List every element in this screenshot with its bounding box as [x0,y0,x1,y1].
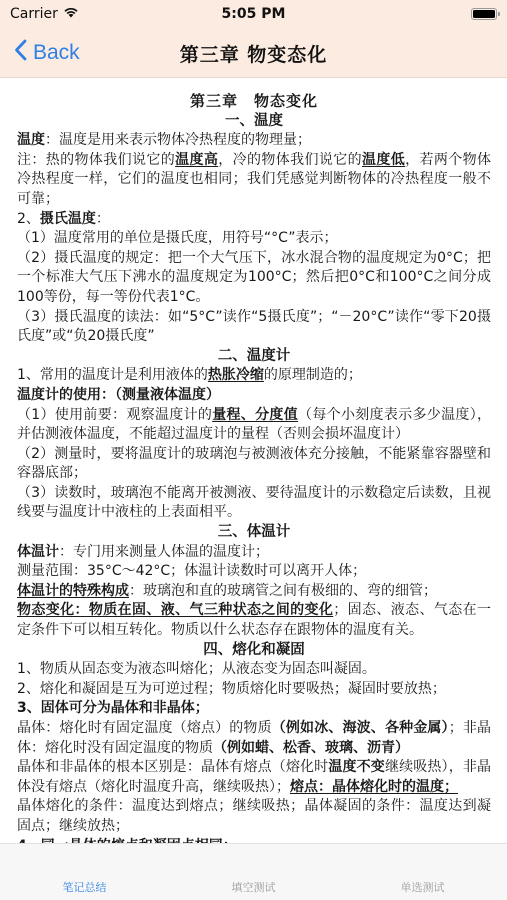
text: 注：热的物体我们说它的 [17,152,175,168]
paragraph: （3）摄氏温度的读法：如“5°C”读作“5摄氏度”；“－20°C”读作“零下20… [17,308,491,347]
key-term: 熔点：晶体熔化时的温度； [290,779,458,795]
text: （1）使用前要：观察温度计的 [17,407,212,423]
paragraph: 1、常用的温度计是利用液体的热胀冷缩的原理制造的； [17,366,491,386]
term: 温度计的使用 [17,387,101,403]
paragraph: 3、固体可分为晶体和非晶体； [17,699,491,719]
status-left: Carrier [10,6,130,22]
paragraph: （3）读数时，玻璃泡不能离开被测液、要待温度计的示数稳定后读数，且视线要与温度计… [17,484,491,523]
example: （例如蜡、松香、玻璃、沥青） [213,740,409,756]
notes-content[interactable]: 第三章 物态变化 一、温度 温度：温度是用来表示物体冷热程度的物理量； 注：热的… [0,79,507,843]
tab-label: 笔记总结 [63,879,107,895]
tab-label: 单选测试 [401,879,445,895]
text: ，冷的物体我们说它的 [218,152,362,168]
paragraph: 体温计：专门用来测量人体温的温度计； [17,543,491,563]
section-heading: 四、熔化和凝固 [17,641,491,661]
key-term: 量程、分度值 [212,407,298,423]
status-right [377,8,497,20]
status-time: 5:05 PM [222,6,286,22]
key-term: 温度不变 [328,759,385,775]
paragraph: 2、熔化和凝固是互为可逆过程；物质熔化时要吸热；凝固时要放热； [17,680,491,700]
navigation-bar: Back 第三章 物变态化 [0,28,507,78]
paragraph: （1）使用前要：观察温度计的量程、分度值（每个小刻度表示多少温度），并估测液体温… [17,406,491,445]
key-term: 温度高 [175,152,218,168]
term: 温度 [17,132,45,148]
paragraph: 2、摄氏温度： [17,210,491,230]
wifi-icon [63,6,79,22]
battery-full-icon [471,8,497,20]
key-term: 温度低 [362,152,405,168]
document-title: 第三章 物态变化 [17,92,491,112]
text: 的原理制造的； [264,367,362,383]
status-bar: Carrier 5:05 PM [0,0,507,28]
paragraph: （2）摄氏温度的规定：把一个大气压下，冰水混合物的温度规定为0°C；把一个标准大… [17,249,491,308]
paragraph: 1、物质从固态变为液态叫熔化；从液态变为固态叫凝固。 [17,660,491,680]
paragraph: 体温计的特殊构成：玻璃泡和直的玻璃管之间有极细的、弯的细管； [17,582,491,602]
example: （例如冰、海波、各种金属） [272,720,449,736]
text: 晶体：熔化时有固定温度（熔点）的物质 [17,720,272,736]
term: 摄氏温度 [40,211,96,227]
term: 体温计 [17,544,59,560]
text: 1、常用的温度计是利用液体的 [17,367,208,383]
paragraph: 温度：温度是用来表示物体冷热程度的物理量； [17,131,491,151]
paragraph: 温度计的使用：（测量液体温度） [17,386,491,406]
text: 晶体和非晶体的根本区别是：晶体有熔点（熔化时 [17,759,328,775]
carrier-label: Carrier [10,6,58,22]
section-heading: 一、温度 [17,112,491,132]
text: ：温度是用来表示物体冷热程度的物理量； [45,132,311,148]
text: ：玻璃泡和直的玻璃管之间有极细的、弯的细管； [129,583,437,599]
paragraph: （1）温度常用的单位是摄氏度，用符号“°C”表示； [17,229,491,249]
paragraph: 晶体和非晶体的根本区别是：晶体有熔点（熔化时温度不变继续吸热），非晶体没有熔点（… [17,758,491,797]
text: 2、 [17,211,40,227]
text: ： [101,387,115,403]
section-heading: 三、体温计 [17,523,491,543]
text: ： [96,211,110,227]
paragraph: （2）测量时，要将温度计的玻璃泡与被测液体充分接触，不能紧靠容器壁和容器底部； [17,445,491,484]
paragraph: 物态变化：物质在固、液、气三种状态之间的变化；固态、液态、气态在一定条件下可以相… [17,601,491,640]
paragraph: 注：热的物体我们说它的温度高，冷的物体我们说它的温度低，若两个物体冷热程度一样，… [17,151,491,210]
tab-label: 填空测试 [232,879,276,895]
paragraph: 测量范围：35°C～42°C；体温计读数时可以离开人体； [17,562,491,582]
section-heading: 二、温度计 [17,347,491,367]
key-term: 物态变化：物质在固、液、气三种状态之间的变化 [17,602,333,618]
page-title: 第三章 物变态化 [0,40,507,67]
paragraph: 晶体：熔化时有固定温度（熔点）的物质（例如冰、海波、各种金属）；非晶体：熔化时没… [17,719,491,758]
paragraph: 晶体熔化的条件：温度达到熔点；继续吸热；晶体凝固的条件：温度达到凝固点；继续放热… [17,797,491,836]
tab-single-choice-test[interactable]: 单选测试 [338,844,507,900]
text: （测量液体温度） [115,387,220,403]
key-term: 体温计的特殊构成 [17,583,129,599]
tab-fill-in-test[interactable]: 填空测试 [169,844,338,900]
key-term: 热胀冷缩 [208,367,264,383]
tab-bar: 笔记总结 填空测试 单选测试 [0,843,507,900]
text: ：专门用来测量人体温的温度计； [59,544,269,560]
tab-notes-summary[interactable]: 笔记总结 [0,844,169,900]
